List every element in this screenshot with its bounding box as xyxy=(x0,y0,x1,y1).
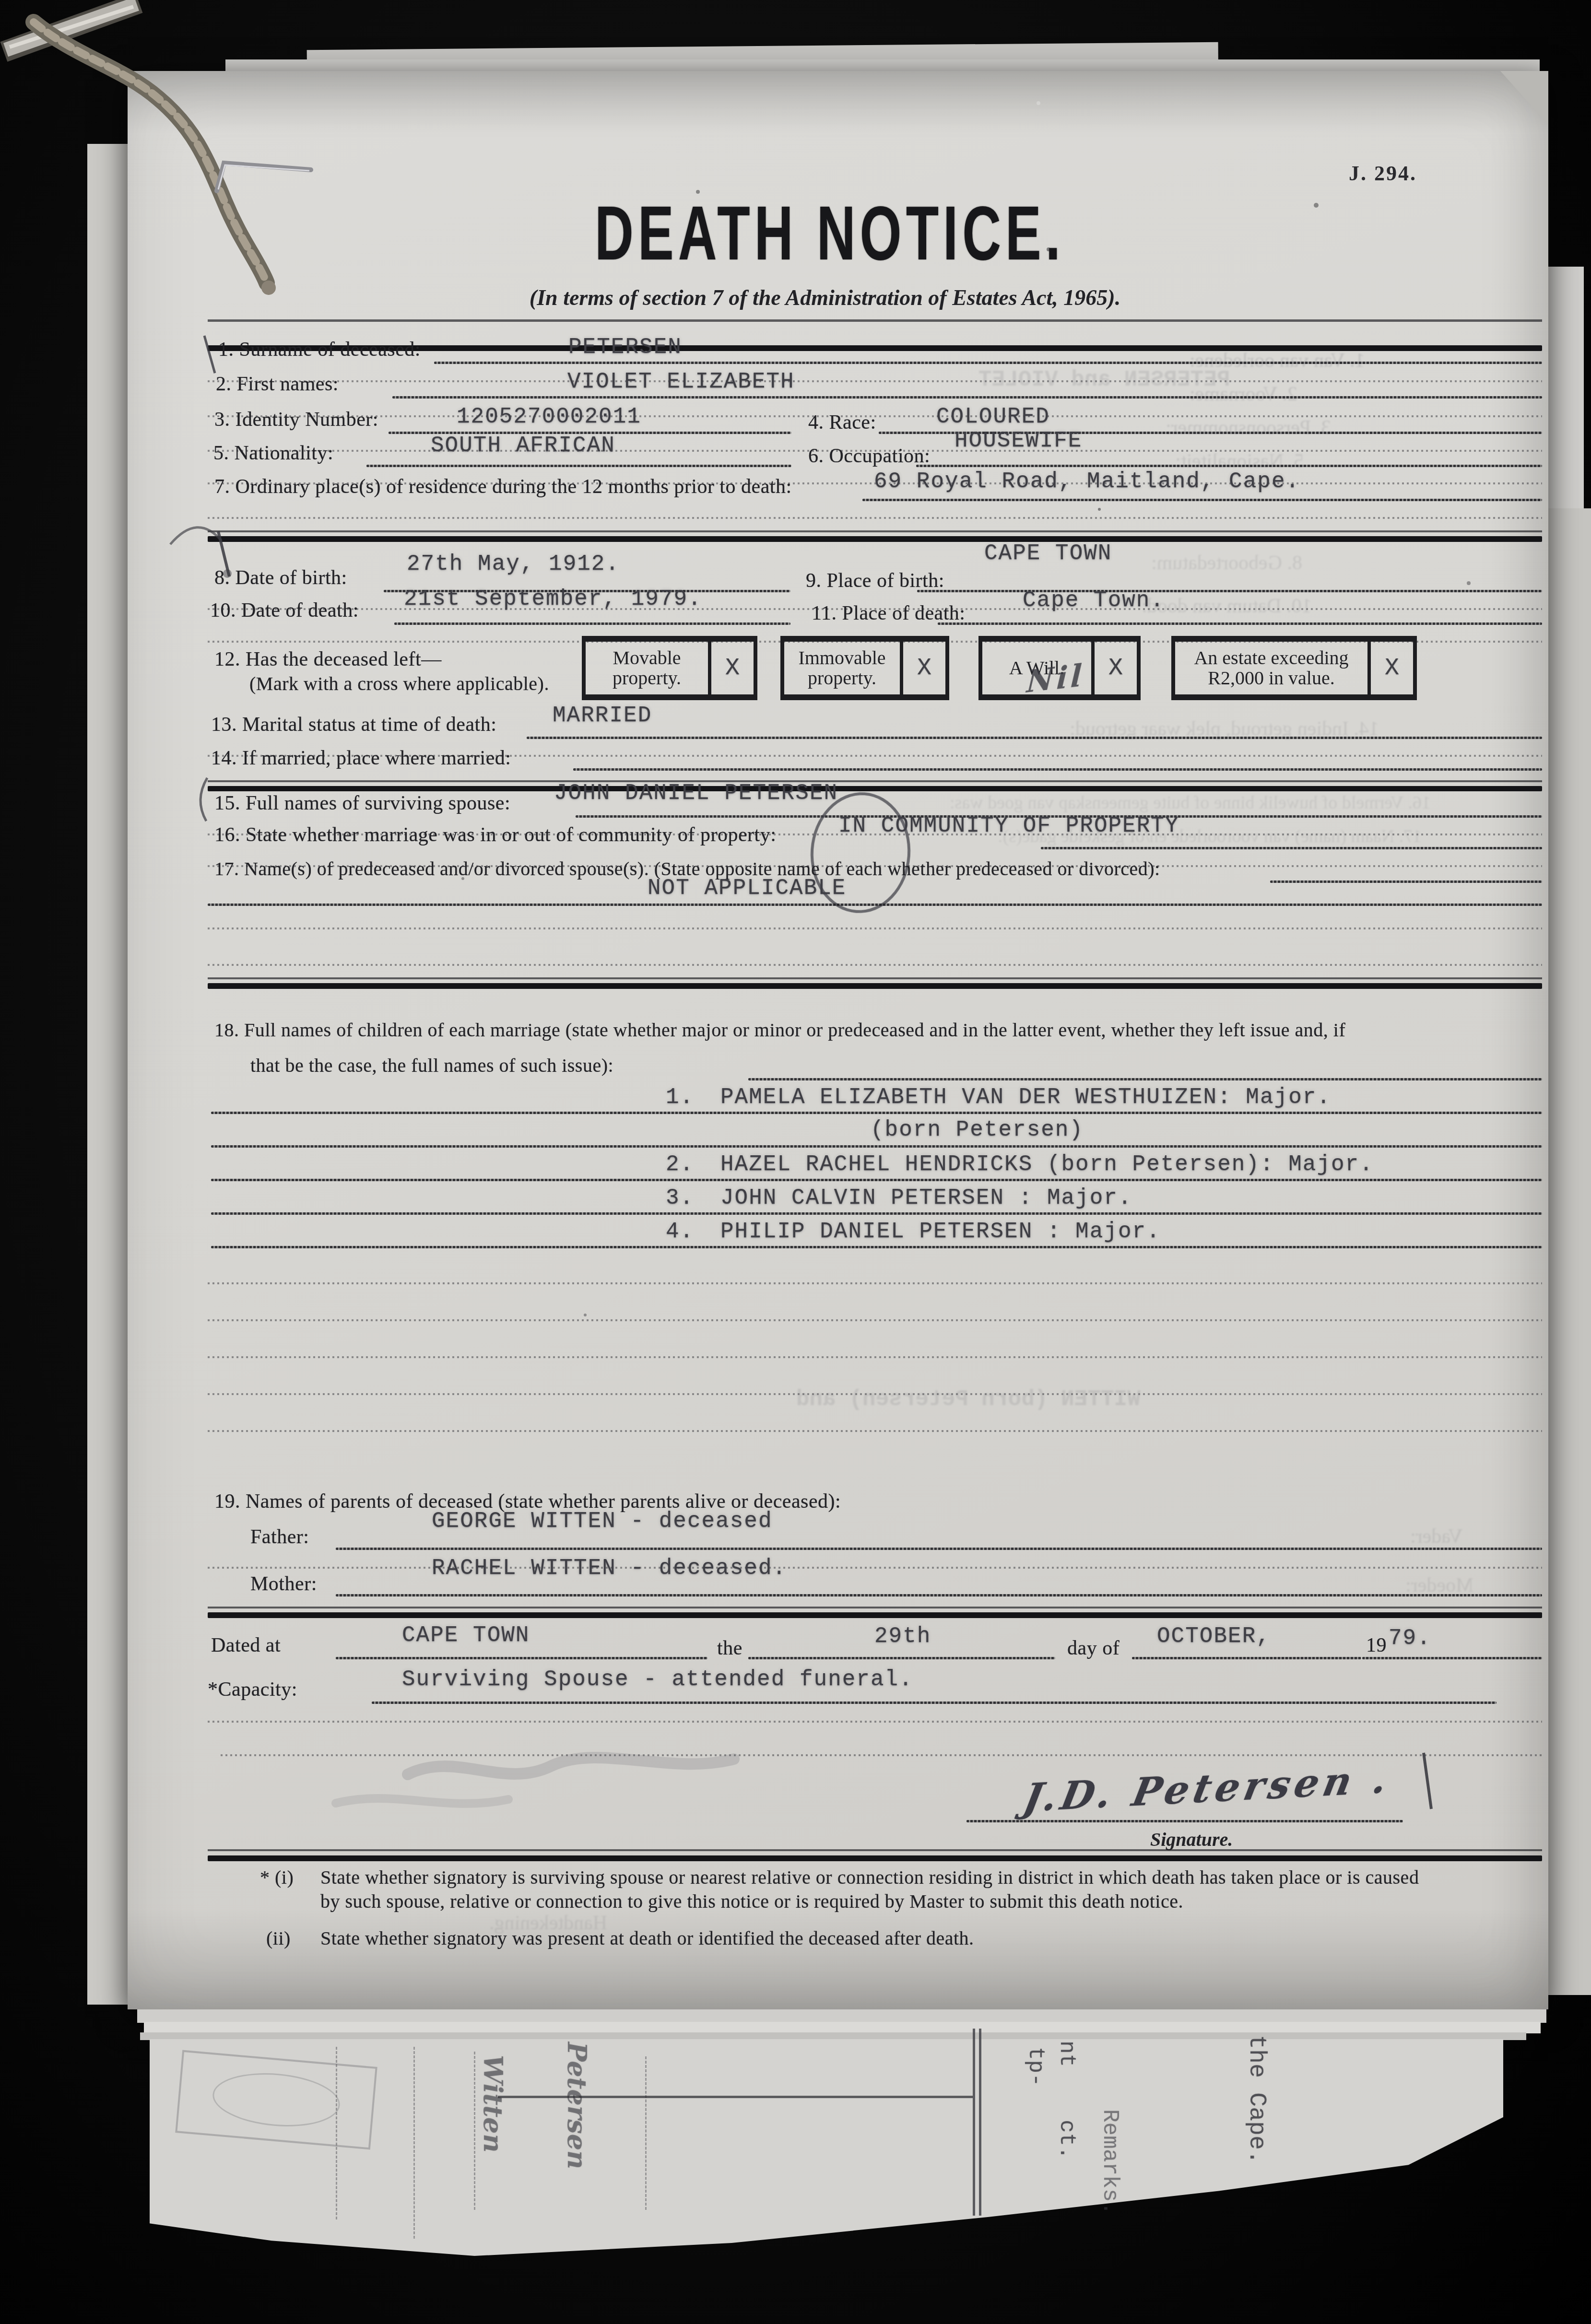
rule-line xyxy=(336,2047,337,2219)
checkbox-movable-property: Movable property. X xyxy=(582,636,757,700)
dated-place-value: CAPE TOWN xyxy=(402,1624,530,1647)
under-sheet-left-edge xyxy=(87,144,133,2005)
underlying-fragment: ct. xyxy=(1054,2120,1079,2160)
rule-line xyxy=(211,1246,1542,1248)
field-label-first-names: 2. First names: xyxy=(216,373,339,396)
field-label-residence: 7. Ordinary place(s) of residence during… xyxy=(214,476,792,498)
under-sheet-right-edge xyxy=(1545,267,1584,516)
bottom-sheet-edge-3 xyxy=(140,2032,1526,2040)
divider-line xyxy=(208,536,1542,542)
child-row-name: PAMELA ELIZABETH VAN DER WESTHUIZEN: Maj… xyxy=(720,1086,1331,1109)
checkbox-divider xyxy=(900,642,903,694)
rule-line xyxy=(748,1657,1055,1659)
checkbox-estate-exceeding: An estate exceeding R2,000 in value. X xyxy=(1171,636,1417,700)
father-label: Father: xyxy=(250,1526,309,1549)
rule-line xyxy=(208,319,1542,322)
field-value-surname: PETERSEN xyxy=(568,336,682,359)
rule-line xyxy=(208,530,1542,532)
ghost-bleedthrough-text: Handtekening. xyxy=(489,1912,607,1935)
divider-line xyxy=(208,1855,1542,1861)
dated-year-typed: 79. xyxy=(1389,1627,1431,1650)
field-label-surviving-spouse: 15. Full names of surviving spouse: xyxy=(214,792,510,815)
mother-value: RACHEL WITTEN - deceased. xyxy=(432,1557,787,1580)
field-label-deceased-left: 12. Has the deceased left— xyxy=(214,648,442,671)
child-row-name: HAZEL RACHEL HENDRICKS (born Petersen): … xyxy=(720,1153,1374,1176)
rule-line xyxy=(221,1754,1542,1756)
ghost-bleedthrough-text: Moeder: xyxy=(1405,1574,1473,1597)
rule-line xyxy=(372,1702,1497,1704)
rule-line xyxy=(208,517,1542,519)
under-sheet-right-edge-2 xyxy=(1542,508,1591,1995)
checkbox-mark: X xyxy=(711,642,754,694)
field-value-identity-number: 1205270002011 xyxy=(457,405,641,428)
ghost-bleedthrough-text: Vader: xyxy=(1410,1525,1463,1548)
field-value-residence: 69 Royal Road, Maitland, Cape. xyxy=(874,470,1300,493)
rule-line xyxy=(917,590,1542,592)
ghost-bleedthrough-text: 16. Vermeld of huwelik binne of buite ge… xyxy=(950,792,1431,813)
checkbox-immovable-property: Immovable property. X xyxy=(780,636,949,700)
page-subtitle: (In terms of section 7 of the Administra… xyxy=(506,286,1144,310)
capacity-label: *Capacity: xyxy=(208,1678,297,1701)
field-label-place-of-birth: 9. Place of birth: xyxy=(806,570,944,592)
checkbox-label: Movable property. xyxy=(586,642,708,694)
rule-line xyxy=(434,362,1542,364)
checkbox-mark: X xyxy=(1095,642,1137,694)
field-label-date-of-birth: 8. Date of birth: xyxy=(214,567,347,589)
rule-line xyxy=(208,1319,1542,1321)
rule-line xyxy=(366,465,791,467)
rule-line xyxy=(211,1179,1542,1181)
rule-line xyxy=(527,737,1542,739)
dated-the-label: the xyxy=(717,1637,742,1660)
checkbox-label: Immovable property. xyxy=(784,642,900,694)
divider-line xyxy=(208,786,1542,791)
dated-month-value: OCTOBER, xyxy=(1157,1625,1271,1648)
tag-bar xyxy=(6,4,137,50)
field-label-children-line2: that be the case, the full names of such… xyxy=(250,1055,613,1077)
rule-line xyxy=(208,1607,1542,1608)
rule-line xyxy=(394,622,790,625)
ghost-bleedthrough-text: 14. Indien getroud, plek waar getroud: xyxy=(1070,717,1379,740)
dated-day-value: 29th xyxy=(874,1625,931,1648)
rule-line xyxy=(208,1282,1542,1284)
underlying-fragment: Remarks. xyxy=(1097,2109,1122,2215)
mother-label: Mother: xyxy=(250,1573,317,1596)
checkbox-divider xyxy=(708,642,711,694)
father-value: GEORGE WITTEN - deceased xyxy=(432,1510,773,1533)
field-value-place-of-birth: CAPE TOWN xyxy=(984,542,1112,565)
dated-year-printed: 19 xyxy=(1366,1634,1387,1657)
rule-line xyxy=(211,1145,1542,1148)
bottom-sheet-edge-1 xyxy=(137,2009,1546,2023)
child-row-name: PHILIP DANIEL PETERSEN : Major. xyxy=(720,1220,1161,1243)
field-label-occupation: 6. Occupation: xyxy=(808,445,930,468)
field-value-date-of-death: 21st September, 1979. xyxy=(404,587,702,610)
checkbox-label: An estate exceeding R2,000 in value. xyxy=(1175,642,1367,694)
footnote-ii-text: State whether signatory was present at d… xyxy=(320,1928,974,1949)
field-label-children-line1: 18. Full names of children of each marri… xyxy=(214,1020,1345,1041)
rule-line xyxy=(336,1657,707,1659)
ghost-bleedthrough-text: 17. Naam (name) van vooroorlede en/of ge… xyxy=(998,826,1422,847)
rule-line xyxy=(208,904,1542,906)
rule-line xyxy=(208,1430,1542,1432)
faint-stamp-mark xyxy=(175,2050,377,2150)
divider-line xyxy=(208,983,1542,989)
rule-line xyxy=(208,1356,1542,1358)
child-row-name-continued: (born Petersen) xyxy=(871,1118,1084,1141)
ghost-bleedthrough-text: 10. Datum van dood: xyxy=(1142,595,1312,618)
footnote-ii-marker: (ii) xyxy=(266,1928,291,1949)
rule-line xyxy=(336,1548,1542,1550)
rule-line xyxy=(748,1078,1542,1080)
form-code: J. 294. xyxy=(1349,163,1417,184)
signature-label: Signature. xyxy=(1150,1828,1233,1851)
field-value-race: COLOURED xyxy=(936,405,1050,428)
tag-bar-shadow xyxy=(4,3,139,52)
field-label-surname: 1. Surname of deceased: xyxy=(218,339,421,361)
rule-line xyxy=(938,622,1542,625)
child-row-number: 1. xyxy=(666,1086,694,1109)
field-label-nationality: 5. Nationality: xyxy=(213,442,333,465)
footnote-i-line1: State whether signatory is surviving spo… xyxy=(320,1867,1419,1889)
child-row-number: 2. xyxy=(666,1153,694,1176)
bottom-sheet-edge-2 xyxy=(144,2022,1541,2033)
underlying-fragment: tp- xyxy=(1023,2047,1048,2087)
divider-line xyxy=(208,1612,1542,1618)
field-value-nationality: SOUTH AFRICAN xyxy=(431,434,615,457)
child-row-number: 3. xyxy=(666,1186,694,1209)
footnote-i-marker: * (i) xyxy=(260,1867,294,1889)
rule-line xyxy=(211,1212,1542,1215)
field-label-place-of-death: 11. Place of death: xyxy=(812,602,966,625)
field-label-race: 4. Race: xyxy=(808,411,876,434)
rule-line xyxy=(862,499,1542,501)
rule-line xyxy=(413,2047,415,2239)
field-value-occupation: HOUSEWIFE xyxy=(955,429,1082,452)
rule-line xyxy=(645,2056,647,2210)
rule-line xyxy=(474,2052,475,2210)
scanned-death-notice-document: J. 294. DEATH NOTICE. (In terms of secti… xyxy=(0,0,1591,2324)
field-value-marital-status: MARRIED xyxy=(553,704,652,727)
underlying-fragment: the Cape. xyxy=(1243,2035,1270,2164)
underlying-fragment: nt xyxy=(1054,2041,1079,2067)
ghost-bleedthrough-text: 3. Persoonsnommer: xyxy=(1166,416,1331,439)
field-value-predeceased-spouses: NOT APPLICABLE xyxy=(648,877,846,900)
ghost-handwriting-vertical: Witten xyxy=(478,2055,508,2153)
rule-line xyxy=(1041,847,1542,849)
ghost-handwriting-vertical: Petersen xyxy=(562,2042,592,2169)
rule-line xyxy=(208,1721,1542,1723)
field-label-identity-number: 3. Identity Number: xyxy=(214,409,378,431)
field-label-date-of-death: 10. Date of death: xyxy=(210,599,359,622)
field-sublabel-deceased-left: (Mark with a cross where applicable). xyxy=(249,673,549,695)
pen-annotation-nil: Nil xyxy=(1026,657,1086,700)
dated-day-of-label: day of xyxy=(1067,1637,1120,1660)
tag-bar-highlight xyxy=(10,7,133,47)
checkbox-mark: X xyxy=(1371,642,1413,694)
field-value-surviving-spouse: JOHN DANIEL PETERSEN xyxy=(554,782,838,805)
ghost-bleedthrough-text: 8. Geboortedatum: xyxy=(1151,552,1302,575)
rule-line xyxy=(208,780,1542,782)
rule-line xyxy=(1132,1657,1361,1659)
rule-line xyxy=(966,1820,1403,1822)
rule-line xyxy=(573,768,1542,771)
field-label-community-of-property: 16. State whether marriage was in or out… xyxy=(214,824,776,846)
rule-line xyxy=(208,1567,1542,1569)
ghost-bleedthrough-text: PETERSEN and VIOLET xyxy=(978,367,1230,392)
rule-line xyxy=(208,977,1542,979)
field-label-place-married: 14. If married, place where married: xyxy=(211,747,511,770)
checkbox-mark: X xyxy=(903,642,945,694)
rule-line xyxy=(392,396,1542,399)
rule-line xyxy=(1270,880,1542,883)
stamp-oval xyxy=(211,2068,342,2131)
rule-line xyxy=(208,927,1542,929)
footnote-i-line2: by such spouse, relative or connection t… xyxy=(320,1891,1183,1913)
rule-line xyxy=(211,1112,1542,1114)
field-value-first-names: VIOLET ELIZABETH xyxy=(567,370,795,393)
capacity-value: Surviving Spouse - attended funeral. xyxy=(402,1668,913,1691)
checkbox-divider xyxy=(1367,642,1371,694)
field-label-marital-status: 13. Marital status at time of death: xyxy=(211,714,496,736)
child-row-number: 4. xyxy=(666,1220,694,1243)
rule-line xyxy=(336,1594,1542,1596)
rule-line xyxy=(208,380,1542,382)
page-title: DEATH NOTICE. xyxy=(576,196,1084,272)
rule-line xyxy=(208,1849,1542,1851)
rule-line xyxy=(1362,1657,1542,1659)
rule-line xyxy=(208,964,1542,966)
child-row-name: JOHN CALVIN PETERSEN : Major. xyxy=(720,1186,1132,1209)
field-value-date-of-birth: 27th May, 1912. xyxy=(407,552,620,575)
checkbox-divider xyxy=(1091,642,1095,694)
dated-at-label: Dated at xyxy=(211,1634,281,1657)
ghost-bleedthrough-text: WITTEN (born Petersen) and xyxy=(796,1387,1141,1412)
ghost-bleedthrough-text: 5. Nasionaliteit: xyxy=(1175,450,1304,473)
